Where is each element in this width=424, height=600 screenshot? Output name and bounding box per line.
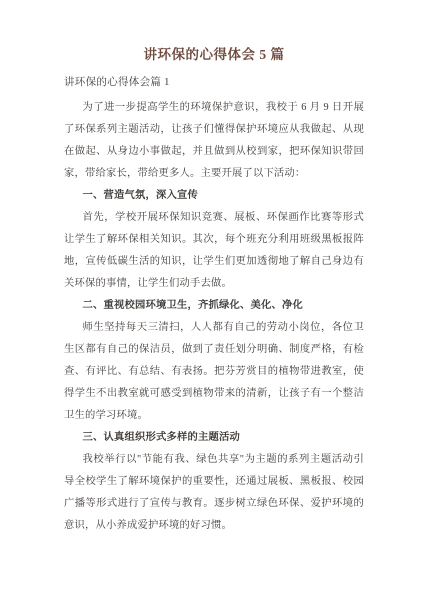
- paragraph-section-3: 我校举行以"节能有我、绿色共享"为主题的系列主题活动引导全校学生了解环境保护的重…: [64, 449, 364, 537]
- paragraph-intro: 为了进一步提高学生的环境保护意识，我校于 6 月 9 日开展了环保系列主题活动，…: [64, 97, 364, 185]
- section-heading-2: 二、重视校园环境卫生，齐抓绿化、美化、净化: [64, 295, 364, 317]
- paragraph-section-1: 首先，学校开展环保知识竞赛、展板、环保画作比赛等形式让学生了解环保相关知识。其次…: [64, 207, 364, 295]
- section-heading-1: 一、营造气氛，深入宣传: [64, 185, 364, 207]
- paragraph-section-2: 师生坚持每天三清扫，人人都有自己的劳动小岗位，各位卫生区都有自己的保洁员，做到了…: [64, 317, 364, 427]
- document-title: 讲环保的心得体会 5 篇: [64, 45, 364, 65]
- document-page: 讲环保的心得体会 5 篇 讲环保的心得体会篇 1 为了进一步提高学生的环境保护意…: [0, 0, 424, 600]
- document-body: 为了进一步提高学生的环境保护意识，我校于 6 月 9 日开展了环保系列主题活动，…: [64, 97, 364, 537]
- document-subtitle: 讲环保的心得体会篇 1: [64, 75, 364, 91]
- section-heading-3: 三、认真组织形式多样的主题活动: [64, 427, 364, 449]
